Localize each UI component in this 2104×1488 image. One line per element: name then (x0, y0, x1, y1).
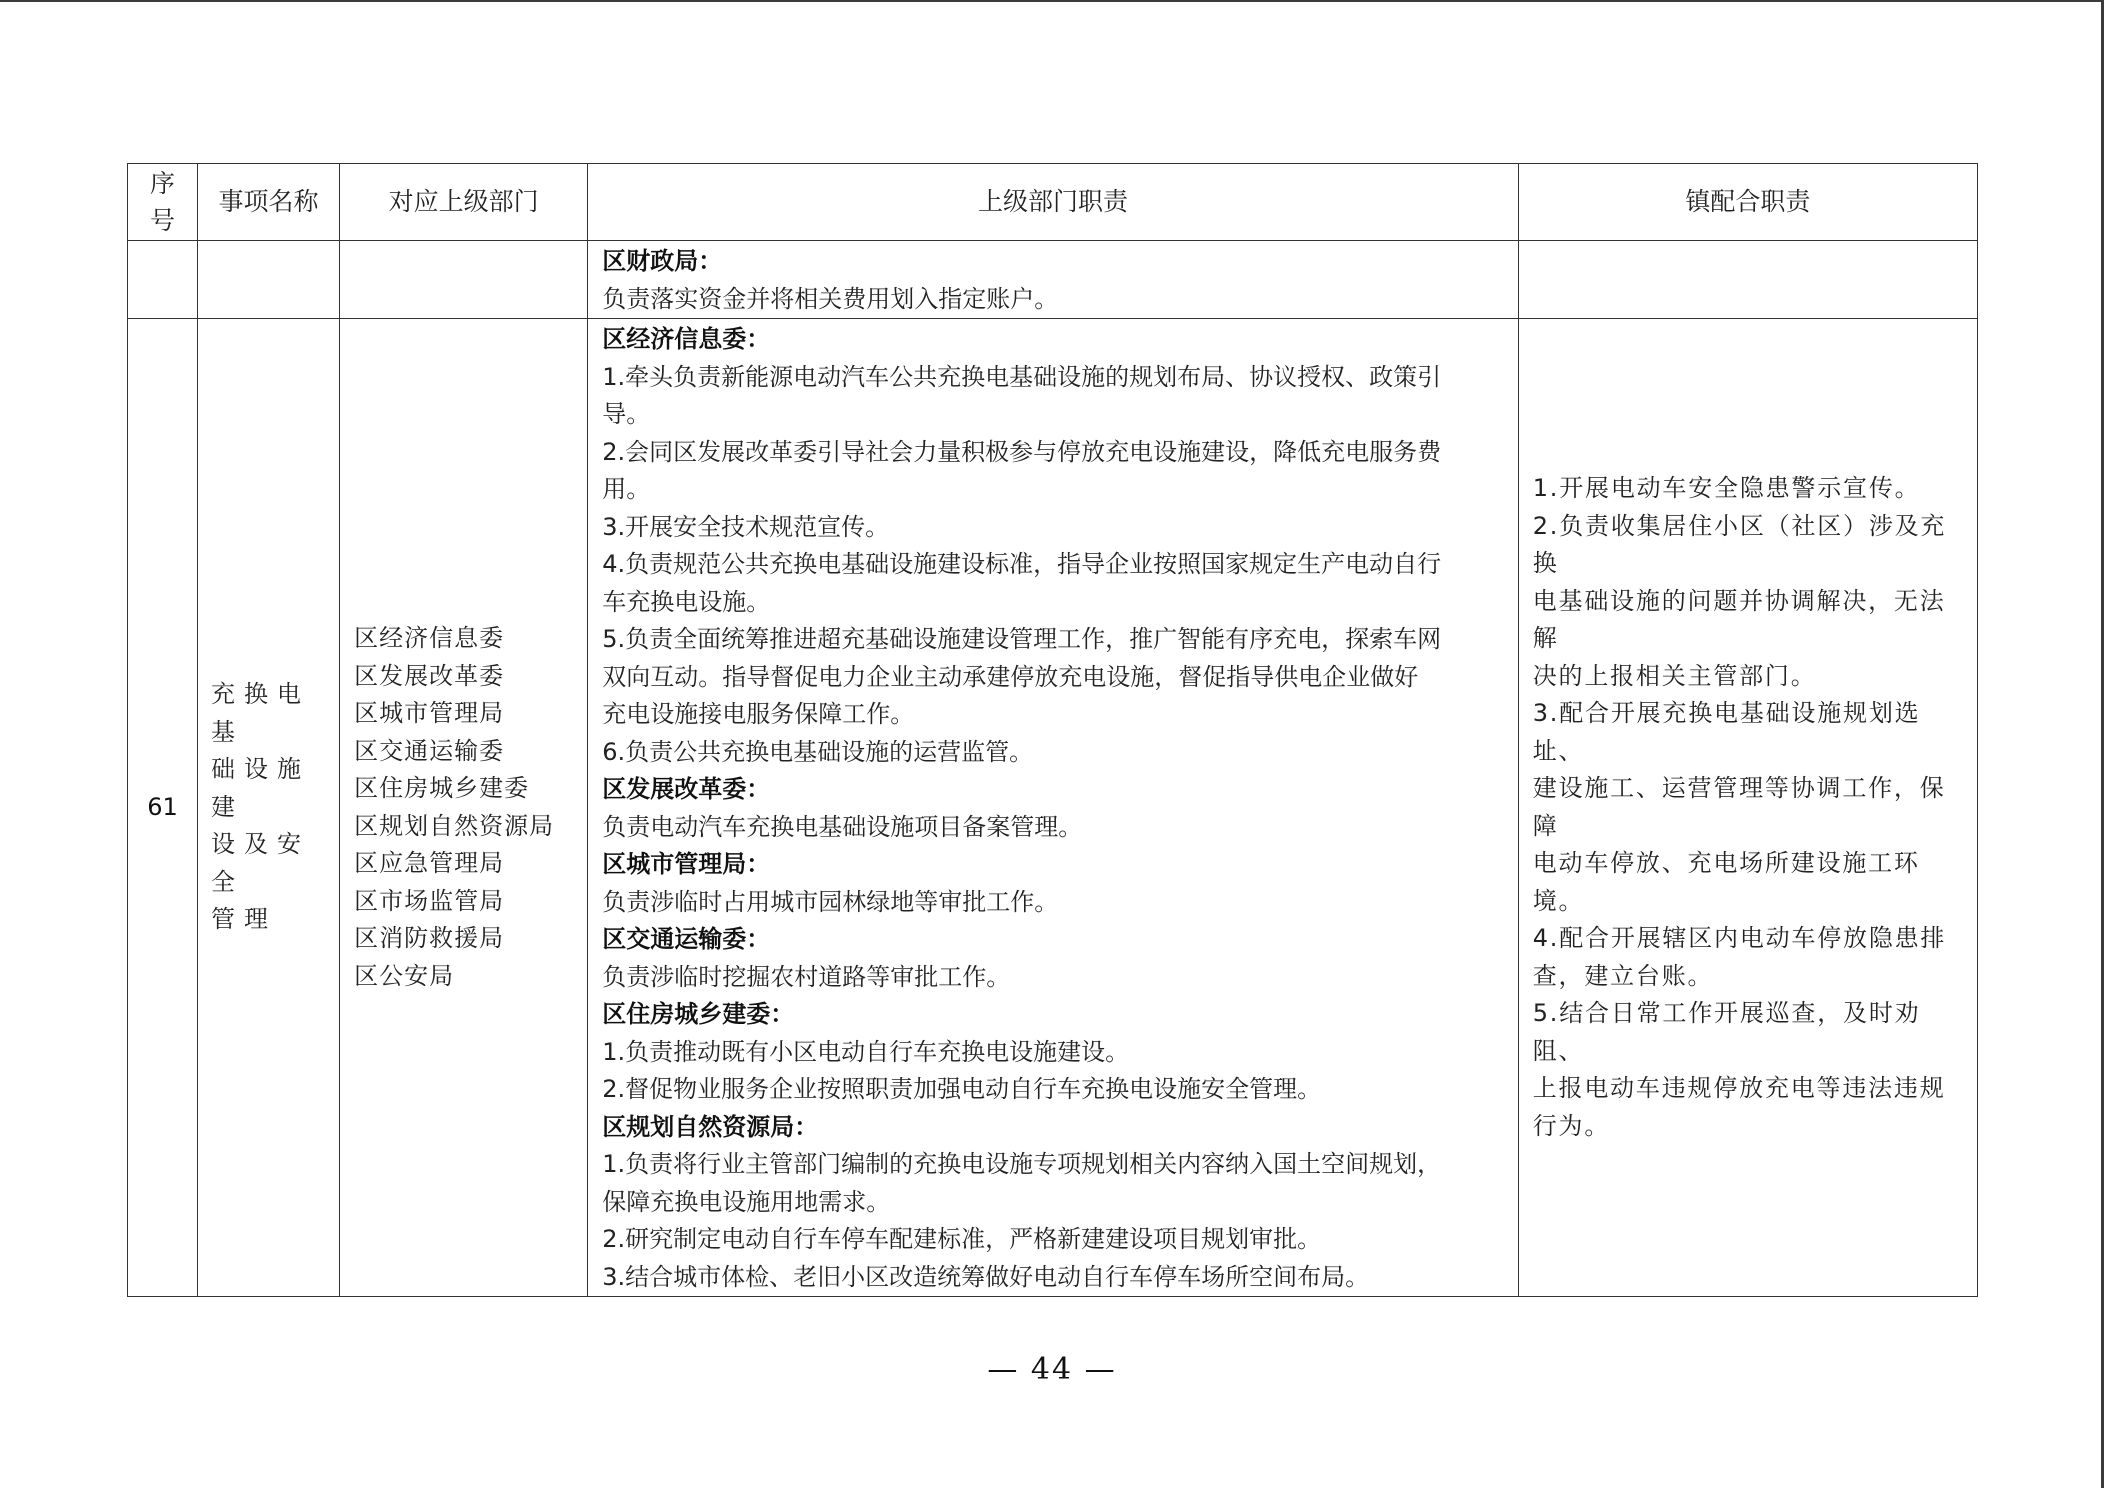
cell-seq (128, 241, 198, 319)
table-row-continued: 区财政局： 负责落实资金并将相关费用划入指定账户。 (128, 241, 1978, 319)
duty-block-economy-info: 区经济信息委： 1.牵头负责新能源电动汽车公共充换电基础设施的规划布局、协议授权… (602, 321, 1504, 771)
duty-line: 用。 (602, 471, 1504, 509)
cell-seq: 61 (128, 319, 198, 1297)
duty-dept-heading: 区财政局： (602, 243, 1504, 281)
town-duty-line: 4.配合开展辖区内电动车停放隐患排 (1533, 920, 1967, 958)
header-item-name: 事项名称 (198, 164, 340, 241)
duty-line: 3.结合城市体检、老旧小区改造统筹做好电动自行车停车场所空间布局。 (602, 1259, 1504, 1297)
header-seq: 序 号 (128, 164, 198, 241)
upper-dept-item: 区消防救援局 (354, 920, 587, 958)
town-duty-line: 1.开展电动车安全隐患警示宣传。 (1533, 470, 1967, 508)
item-name-line: 管理 (211, 901, 329, 939)
duty-block-urban-management: 区城市管理局： 负责涉临时占用城市园林绿地等审批工作。 (602, 846, 1504, 921)
header-seq-line1: 序 (128, 165, 197, 203)
item-name-line: 设及安全 (211, 826, 329, 901)
duty-line: 负责电动汽车充换电基础设施项目备案管理。 (602, 809, 1504, 847)
duty-line: 1.负责将行业主管部门编制的充换电设施专项规划相关内容纳入国土空间规划， (602, 1146, 1504, 1184)
duty-line: 1.牵头负责新能源电动汽车公共充换电基础设施的规划布局、协议授权、政策引 (602, 359, 1504, 397)
upper-dept-item: 区发展改革委 (354, 658, 587, 696)
duty-dept-heading: 区交通运输委： (602, 921, 1504, 959)
header-town-duties: 镇配合职责 (1518, 164, 1977, 241)
upper-dept-item: 区规划自然资源局 (354, 808, 587, 846)
page-number: — 44 — (0, 1352, 2104, 1387)
item-name-line: 础设施建 (211, 751, 329, 826)
header-seq-line2: 号 (128, 202, 197, 240)
duty-dept-heading: 区住房城乡建委： (602, 996, 1504, 1034)
cell-town-duties: 1.开展电动车安全隐患警示宣传。 2.负责收集居住小区（社区）涉及充换 电基础设… (1518, 319, 1977, 1297)
duty-dept-heading: 区规划自然资源局： (602, 1109, 1504, 1147)
duty-line: 3.开展安全技术规范宣传。 (602, 509, 1504, 547)
cell-upper-duties: 区经济信息委： 1.牵头负责新能源电动汽车公共充换电基础设施的规划布局、协议授权… (588, 319, 1519, 1297)
duty-block-transport: 区交通运输委： 负责涉临时挖掘农村道路等审批工作。 (602, 921, 1504, 996)
header-upper-duties: 上级部门职责 (588, 164, 1519, 241)
town-duty-line: 5.结合日常工作开展巡查，及时劝阻、 (1533, 995, 1967, 1070)
cell-upper-dept: 区经济信息委 区发展改革委 区城市管理局 区交通运输委 区住房城乡建委 区规划自… (340, 319, 588, 1297)
duty-dept-heading: 区城市管理局： (602, 846, 1504, 884)
cell-item-name (198, 241, 340, 319)
town-duty-line: 决的上报相关主管部门。 (1533, 658, 1967, 696)
duty-line: 1.负责推动既有小区电动自行车充换电设施建设。 (602, 1034, 1504, 1072)
duty-line: 负责涉临时占用城市园林绿地等审批工作。 (602, 884, 1504, 922)
upper-dept-item: 区公安局 (354, 958, 587, 996)
table-header-row: 序 号 事项名称 对应上级部门 上级部门职责 镇配合职责 (128, 164, 1978, 241)
town-duty-line: 上报电动车违规停放充电等违法违规 (1533, 1070, 1967, 1108)
town-duty-line: 行为。 (1533, 1108, 1967, 1146)
upper-dept-item: 区住房城乡建委 (354, 770, 587, 808)
town-duty-line: 2.负责收集居住小区（社区）涉及充换 (1533, 508, 1967, 583)
responsibility-table: 序 号 事项名称 对应上级部门 上级部门职责 镇配合职责 区财政局： 负责落实资… (127, 163, 1978, 1297)
duty-line: 负责落实资金并将相关费用划入指定账户。 (602, 281, 1504, 319)
upper-dept-item: 区应急管理局 (354, 845, 587, 883)
upper-dept-item: 区交通运输委 (354, 733, 587, 771)
duty-dept-heading: 区发展改革委： (602, 771, 1504, 809)
duty-line: 车充换电设施。 (602, 584, 1504, 622)
item-name-line: 充换电基 (211, 676, 329, 751)
upper-dept-item: 区城市管理局 (354, 695, 587, 733)
duty-block-housing: 区住房城乡建委： 1.负责推动既有小区电动自行车充换电设施建设。 2.督促物业服… (602, 996, 1504, 1109)
upper-dept-item: 区经济信息委 (354, 620, 587, 658)
cell-town-duties (1518, 241, 1977, 319)
town-duty-line: 查，建立台账。 (1533, 958, 1967, 996)
duty-line: 导。 (602, 396, 1504, 434)
duty-line: 6.负责公共充换电基础设施的运营监管。 (602, 734, 1504, 772)
cell-upper-duties: 区财政局： 负责落实资金并将相关费用划入指定账户。 (588, 241, 1519, 319)
duty-line: 4.负责规范公共充换电基础设施建设标准，指导企业按照国家规定生产电动自行 (602, 546, 1504, 584)
town-duty-line: 3.配合开展充换电基础设施规划选址、 (1533, 695, 1967, 770)
cell-item-name: 充换电基 础设施建 设及安全 管理 (198, 319, 340, 1297)
duty-line: 双向互动。指导督促电力企业主动承建停放充电设施，督促指导供电企业做好 (602, 659, 1504, 697)
duty-block-planning-resources: 区规划自然资源局： 1.负责将行业主管部门编制的充换电设施专项规划相关内容纳入国… (602, 1109, 1504, 1297)
duty-block-development-reform: 区发展改革委： 负责电动汽车充换电基础设施项目备案管理。 (602, 771, 1504, 846)
cell-upper-dept (340, 241, 588, 319)
town-duty-line: 电基础设施的问题并协调解决，无法解 (1533, 583, 1967, 658)
table-row-61: 61 充换电基 础设施建 设及安全 管理 区经济信息委 区发展改革委 区城市管理… (128, 319, 1978, 1297)
duty-line: 2.研究制定电动自行车停车配建标准，严格新建建设项目规划审批。 (602, 1221, 1504, 1259)
town-duty-line: 建设施工、运营管理等协调工作，保障 (1533, 770, 1967, 845)
duty-line: 保障充换电设施用地需求。 (602, 1184, 1504, 1222)
duty-line: 5.负责全面统筹推进超充基础设施建设管理工作，推广智能有序充电，探索车网 (602, 621, 1504, 659)
page-edge-top (0, 0, 2104, 2)
duty-line: 2.督促物业服务企业按照职责加强电动自行车充换电设施安全管理。 (602, 1071, 1504, 1109)
duty-dept-heading: 区经济信息委： (602, 321, 1504, 359)
duty-line: 负责涉临时挖掘农村道路等审批工作。 (602, 959, 1504, 997)
town-duty-line: 电动车停放、充电场所建设施工环境。 (1533, 845, 1967, 920)
header-upper-dept: 对应上级部门 (340, 164, 588, 241)
duty-line: 2.会同区发展改革委引导社会力量积极参与停放充电设施建设，降低充电服务费 (602, 434, 1504, 472)
upper-dept-item: 区市场监管局 (354, 883, 587, 921)
duty-line: 充电设施接电服务保障工作。 (602, 696, 1504, 734)
